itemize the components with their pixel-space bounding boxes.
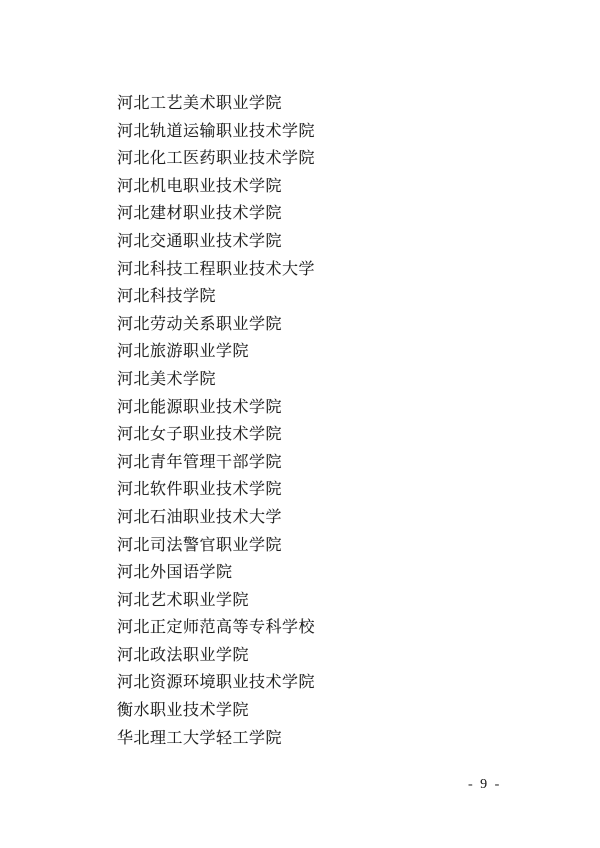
list-item: 河北科技学院 (117, 283, 315, 311)
list-item: 河北科技工程职业技术大学 (117, 256, 315, 284)
list-item: 河北交通职业技术学院 (117, 228, 315, 256)
list-item: 河北美术学院 (117, 366, 315, 394)
list-item: 衡水职业技术学院 (117, 697, 315, 725)
list-item: 河北工艺美术职业学院 (117, 90, 315, 118)
list-item: 河北资源环境职业技术学院 (117, 669, 315, 697)
list-item: 河北女子职业技术学院 (117, 421, 315, 449)
list-item: 河北外国语学院 (117, 559, 315, 587)
list-item: 河北政法职业学院 (117, 642, 315, 670)
list-item: 河北机电职业技术学院 (117, 173, 315, 201)
college-list: 河北工艺美术职业学院河北轨道运输职业技术学院河北化工医药职业技术学院河北机电职业… (117, 90, 315, 752)
document-page: 河北工艺美术职业学院河北轨道运输职业技术学院河北化工医药职业技术学院河北机电职业… (0, 0, 600, 848)
list-item: 华北理工大学轻工学院 (117, 725, 315, 753)
list-item: 河北旅游职业学院 (117, 338, 315, 366)
list-item: 河北化工医药职业技术学院 (117, 145, 315, 173)
list-item: 河北能源职业技术学院 (117, 394, 315, 422)
list-item: 河北轨道运输职业技术学院 (117, 118, 315, 146)
list-item: 河北石油职业技术大学 (117, 504, 315, 532)
list-item: 河北软件职业技术学院 (117, 476, 315, 504)
list-item: 河北青年管理干部学院 (117, 449, 315, 477)
list-item: 河北劳动关系职业学院 (117, 311, 315, 339)
list-item: 河北正定师范高等专科学校 (117, 614, 315, 642)
list-item: 河北艺术职业学院 (117, 587, 315, 615)
list-item: 河北建材职业技术学院 (117, 200, 315, 228)
list-item: 河北司法警官职业学院 (117, 532, 315, 560)
page-number: - 9 - (468, 777, 501, 793)
